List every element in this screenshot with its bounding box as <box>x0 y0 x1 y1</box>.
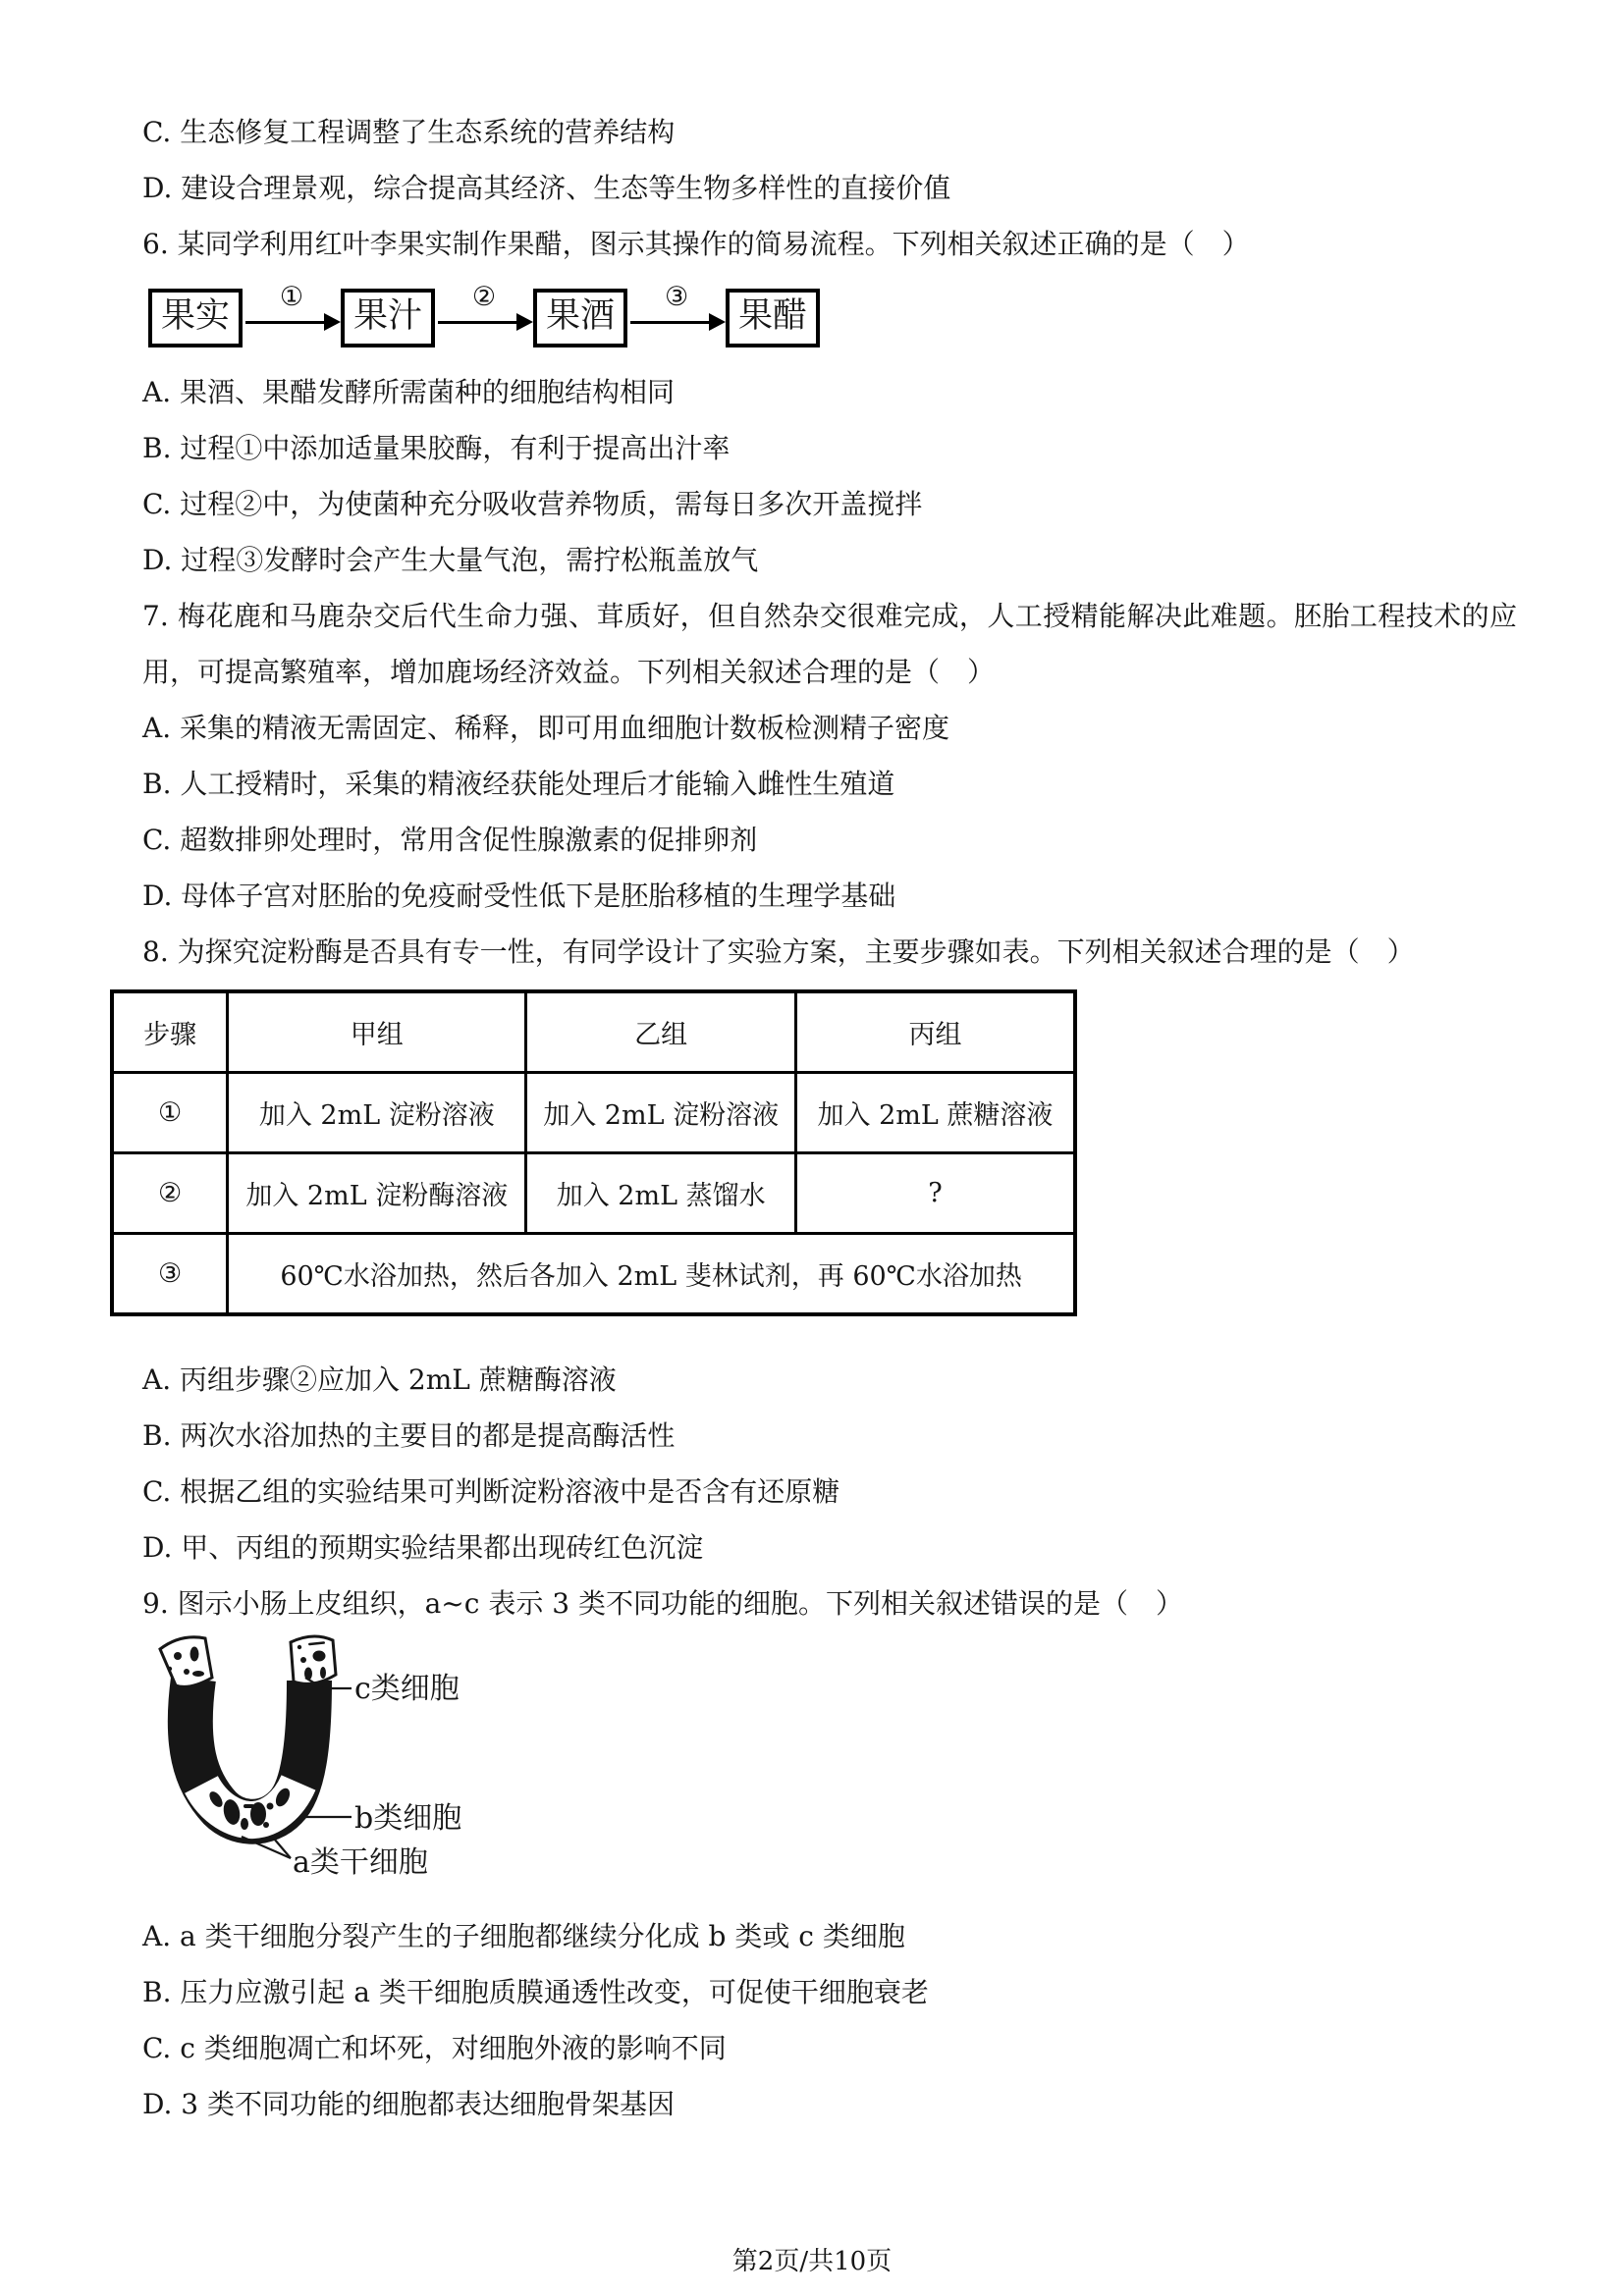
crypt-diagram-svg: c类细胞 b类细胞 a类干细胞 <box>98 1631 648 1916</box>
option-line: D. 3 类不同功能的细胞都表达细胞骨架基因 <box>142 2076 1517 2132</box>
flow-arrow-3: ③ <box>627 286 726 350</box>
option-line: C. 超数排卵处理时，常用含促性腺激素的促排卵剂 <box>142 812 1517 868</box>
merged-cell: 60℃水浴加热，然后各加入 2mL 斐林试剂，再 60℃水浴加热 <box>228 1234 1075 1315</box>
exam-page: C. 生态修复工程调整了生态系统的营养结构 D. 建设合理景观，综合提高其经济、… <box>0 0 1624 2296</box>
exam-content: C. 生态修复工程调整了生态系统的营养结构 D. 建设合理景观，综合提高其经济、… <box>142 104 1517 2132</box>
flow-arrow-1: ① <box>243 286 341 350</box>
question-9-stem: 9. 图示小肠上皮组织，a~c 表示 3 类不同功能的细胞。下列相关叙述错误的是… <box>142 1575 1517 1631</box>
step-cell: ① <box>112 1073 228 1153</box>
left-arm-cap <box>160 1637 212 1687</box>
experiment-table: 步骤 甲组 乙组 丙组 ① 加入 2mL 淀粉溶液 加入 2mL 淀粉溶液 加入… <box>110 989 1077 1316</box>
table-row: ② 加入 2mL 淀粉酶溶液 加入 2mL 蒸馏水 ? <box>112 1153 1075 1234</box>
question-8-stem: 8. 为探究淀粉酶是否具有专一性，有同学设计了实验方案，主要步骤如表。下列相关叙… <box>142 924 1517 980</box>
table-cell: 加入 2mL 淀粉溶液 <box>228 1073 526 1153</box>
option-line: B. 人工授精时，采集的精液经获能处理后才能输入雌性生殖道 <box>142 756 1517 812</box>
table-row: ③ 60℃水浴加热，然后各加入 2mL 斐林试剂，再 60℃水浴加热 <box>112 1234 1075 1315</box>
table-cell: 加入 2mL 淀粉溶液 <box>526 1073 796 1153</box>
option-line: B. 过程①中添加适量果胶酶，有利于提高出汁率 <box>142 420 1517 476</box>
flow-arrow-2: ② <box>435 286 533 350</box>
table-header-row: 步骤 甲组 乙组 丙组 <box>112 991 1075 1073</box>
label-a-stem-cells: a类干细胞 <box>293 1845 428 1880</box>
arrow-shaft <box>438 321 518 324</box>
page-number-footer: 第2页/共10页 <box>0 2241 1624 2277</box>
header-cell-group-a: 甲组 <box>228 991 526 1073</box>
option-line: C. 根据乙组的实验结果可判断淀粉溶液中是否含有还原糖 <box>142 1464 1517 1520</box>
flow-box-fruit: 果实 <box>148 289 243 347</box>
option-line: D. 甲、丙组的预期实验结果都出现砖红色沉淀 <box>142 1520 1517 1575</box>
question-6-stem: 6. 某同学利用红叶李果实制作果醋，图示其操作的简易流程。下列相关叙述正确的是（… <box>142 216 1517 272</box>
flow-step-1-label: ① <box>280 284 303 310</box>
arrow-head-icon <box>324 313 341 331</box>
option-line: B. 两次水浴加热的主要目的都是提高酶活性 <box>142 1408 1517 1464</box>
flow-box-wine: 果酒 <box>533 289 627 347</box>
step-cell: ③ <box>112 1234 228 1315</box>
table-cell: 加入 2mL 蒸馏水 <box>526 1153 796 1234</box>
intestinal-crypt-diagram: c类细胞 b类细胞 a类干细胞 <box>98 1631 1517 1916</box>
option-line: A. 果酒、果醋发酵所需菌种的细胞结构相同 <box>142 364 1517 420</box>
header-cell-group-c: 丙组 <box>796 991 1076 1073</box>
arrow-shaft <box>630 321 711 324</box>
option-line: A. a 类干细胞分裂产生的子细胞都继续分化成 b 类或 c 类细胞 <box>142 1908 1517 1964</box>
flow-step-2-label: ② <box>472 284 496 310</box>
option-line: C. 过程②中，为使菌种充分吸收营养物质，需每日多次开盖搅拌 <box>142 476 1517 532</box>
header-cell-step: 步骤 <box>112 991 228 1073</box>
option-line: A. 采集的精液无需固定、稀释，即可用血细胞计数板检测精子密度 <box>142 700 1517 756</box>
arrow-head-icon <box>709 313 726 331</box>
flow-step-3-label: ③ <box>665 284 688 310</box>
question-7-stem: 7. 梅花鹿和马鹿杂交后代生命力强、茸质好，但自然杂交很难完成，人工授精能解决此… <box>142 588 1517 700</box>
option-line: A. 丙组步骤②应加入 2mL 蔗糖酶溶液 <box>142 1352 1517 1408</box>
step-cell: ② <box>112 1153 228 1234</box>
table-cell: ? <box>796 1153 1076 1234</box>
u-tube <box>190 1679 309 1822</box>
right-arm-cap <box>291 1636 336 1683</box>
label-c-cells: c类细胞 <box>354 1672 460 1706</box>
arrow-shaft <box>245 321 326 324</box>
fermentation-flowchart: 果实 ① 果汁 ② 果酒 ③ 果醋 <box>148 286 1517 350</box>
table-row: ① 加入 2mL 淀粉溶液 加入 2mL 淀粉溶液 加入 2mL 蔗糖溶液 <box>112 1073 1075 1153</box>
header-cell-group-b: 乙组 <box>526 991 796 1073</box>
option-line: D. 建设合理景观，综合提高其经济、生态等生物多样性的直接价值 <box>142 160 1517 216</box>
option-line: D. 母体子宫对胚胎的免疫耐受性低下是胚胎移植的生理学基础 <box>142 868 1517 924</box>
option-line: B. 压力应激引起 a 类干细胞质膜通透性改变，可促使干细胞衰老 <box>142 1964 1517 2020</box>
table-cell: 加入 2mL 淀粉酶溶液 <box>228 1153 526 1234</box>
flow-box-juice: 果汁 <box>341 289 435 347</box>
option-line: D. 过程③发酵时会产生大量气泡，需拧松瓶盖放气 <box>142 532 1517 588</box>
flow-box-vinegar: 果醋 <box>726 289 820 347</box>
option-line: C. c 类细胞凋亡和坏死，对细胞外液的影响不同 <box>142 2020 1517 2076</box>
label-b-cells: b类细胞 <box>354 1801 461 1836</box>
table-cell: 加入 2mL 蔗糖溶液 <box>796 1073 1076 1153</box>
arrow-head-icon <box>516 313 533 331</box>
option-line: C. 生态修复工程调整了生态系统的营养结构 <box>142 104 1517 160</box>
experiment-table-wrap: 步骤 甲组 乙组 丙组 ① 加入 2mL 淀粉溶液 加入 2mL 淀粉溶液 加入… <box>110 989 1517 1316</box>
